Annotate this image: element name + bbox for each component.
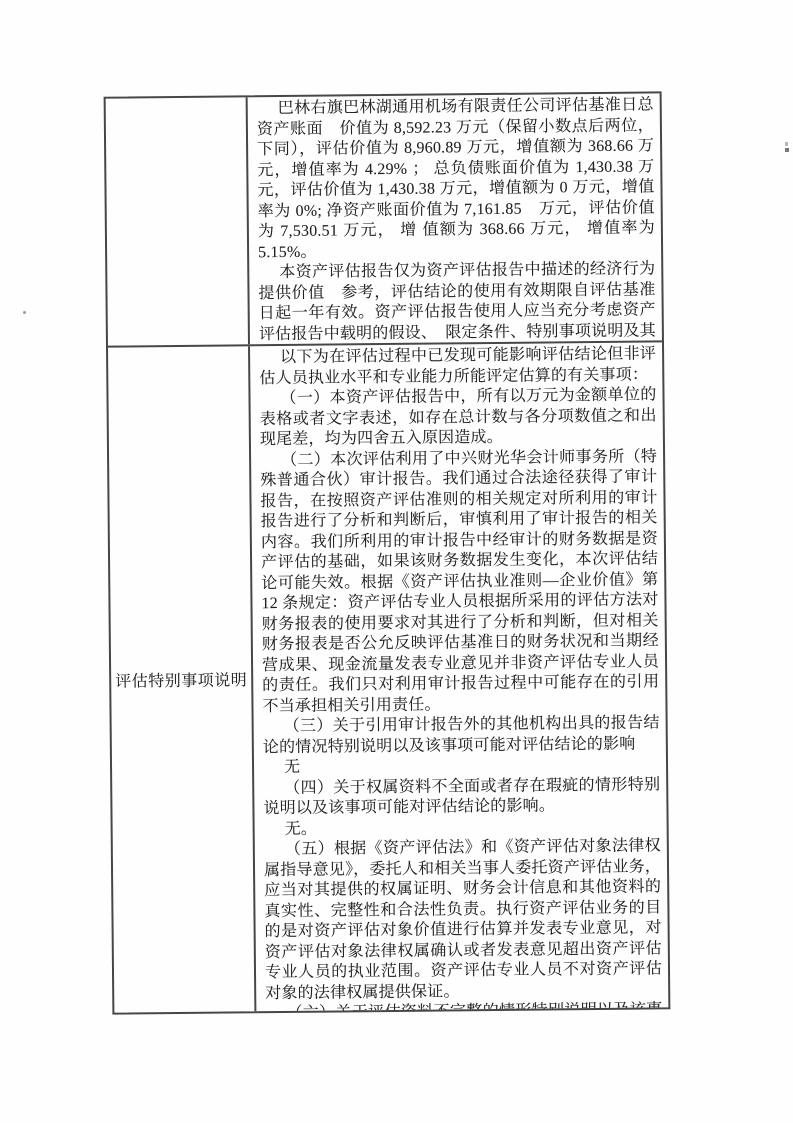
scan-artifact-tick-top [785,142,788,146]
paragraph-report-usage: 本资产评估报告仅为资产评估报告中描述的经济行为提供价值 参考，评估结论的使用有效… [258,259,656,344]
paragraph-item-5-legal-ownership: （五）根据《资产评估法》和《资产评估对象法律权属指导意见》，委托人和相关当事人委… [264,836,663,1004]
paragraph-valuation-summary: 巴林右旗巴林湖通用机场有限责任公司评估基准日总资产账面 价值为 8,592.23… [257,95,656,263]
scan-artifact-dot [23,311,26,314]
paragraph-item-1-rounding: （一）本资产评估报告中，所有以万元为金额单位的表格或者文字表述，如存在总计数与各… [259,385,657,450]
valuation-report-table: 巴林右旗巴林湖通用机场有限责任公司评估基准日总资产账面 价值为 8,592.23… [104,91,671,1014]
row1-label-cell [106,97,250,345]
paragraph-item-3-other-reports: （三）关于引用审计报告外的其他机构出具的报告结论的情况特别说明以及该事项可能对评… [263,713,660,758]
row2-content-cell: 以下为在评估过程中已发现可能影响评估结论但非评估人员执业水平和专业能力所能评定估… [250,342,668,1011]
scan-artifact-tick-bottom [785,148,789,152]
table-row-valuation-conclusion: 巴林右旗巴林湖通用机场有限责任公司评估基准日总资产账面 价值为 8,592.23… [106,93,662,347]
special-items-row-label: 评估特别事项说明 [115,667,247,691]
row2-label-cell: 评估特别事项说明 [108,346,256,1012]
table-row-special-items: 评估特别事项说明 以下为在评估过程中已发现可能影响评估结论但非评估人员执业水平和… [108,342,668,1012]
paragraph-item-4-ownership-defects: （四）关于权属资料不全面或者存在瑕疵的情形特别说明以及该事项可能对评估结论的影响… [263,775,660,820]
scanned-report-page: 巴林右旗巴林湖通用机场有限责任公司评估基准日总资产账面 价值为 8,592.23… [0,0,793,1123]
paragraph-special-items-intro: 以下为在评估过程中已发现可能影响评估结论但非评估人员执业水平和专业能力所能评定估… [259,344,656,389]
row1-content-cell: 巴林右旗巴林湖通用机场有限责任公司评估基准日总资产账面 价值为 8,592.23… [248,93,662,344]
paragraph-item-2-audit-report: （二）本次评估利用了中兴财光华会计师事务所（特殊普通合伙）审计报告。我们通过合法… [260,447,660,717]
